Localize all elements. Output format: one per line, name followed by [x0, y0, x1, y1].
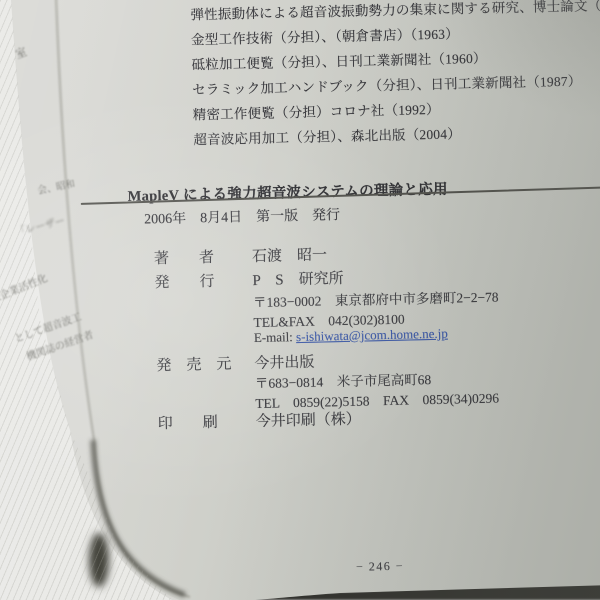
book-photo: 室 会、昭和 「レーザー 栄企業活性化 として超音波工 機関誌の経営者 弾性振動… [0, 0, 600, 600]
publisher-label: 発 行 [154, 270, 214, 292]
author-value: 石渡 昭一 [252, 243, 327, 266]
reference-list: 弾性振動体による超音波振動勢力の集束に関する研究、博士論文（ 金型工作技術（分担… [190, 0, 600, 152]
email-label: E-mail: [254, 329, 297, 345]
author-label: 著 者 [154, 246, 214, 268]
publisher-postal-address: 〒183−0002 東京都府中市多磨町2−2−78 [253, 285, 499, 311]
page-number: − 246 − [356, 559, 404, 575]
book-title: MapleV による強力超音波システムの理論と応用 [127, 178, 448, 206]
publisher-email-row: E-mail: s-ishiwata@jcom.home.ne.jp [254, 326, 448, 346]
email-link: s-ishiwata@jcom.home.ne.jp [296, 326, 448, 344]
publisher-value: P S 研究所 [252, 267, 344, 290]
printer-value: 今井印刷（株） [255, 408, 360, 431]
colophon-page-content: 弾性振動体による超音波振動勢力の集束に関する研究、博士論文（ 金型工作技術（分担… [0, 0, 600, 600]
distributor-label: 発 売 元 [156, 353, 231, 376]
distributor-value: 今井出版 [254, 351, 314, 373]
edition-line: 2006年 8月4日 第一版 発行 [144, 204, 340, 228]
printer-label: 印 刷 [158, 411, 218, 433]
